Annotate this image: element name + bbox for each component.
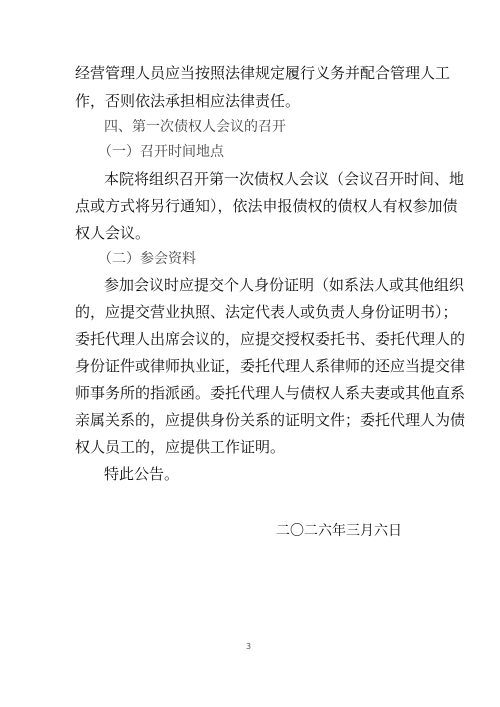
paragraph-line: 权人员工的，应提供工作证明。 xyxy=(75,438,285,456)
paragraph-line: 委托代理人出席会议的，应提交授权委托书、委托代理人的 xyxy=(75,330,465,348)
paragraph-line: 身份证件或律师执业证，委托代理人系律师的还应当提交律 xyxy=(75,357,465,375)
subsection-heading: （一）召开时间地点 xyxy=(98,143,224,161)
paragraph-line: 权人会议。 xyxy=(75,224,150,242)
paragraph-line: 本院将组织召开第一次债权人会议（会议召开时间、地 xyxy=(104,170,464,188)
subsection-heading: （二）参会资料 xyxy=(98,250,196,268)
paragraph-line: 亲属关系的，应提供身份关系的证明文件；委托代理人为债 xyxy=(75,411,465,429)
section-heading: 四、第一次债权人会议的召开 xyxy=(104,118,286,136)
paragraph-line: 师事务所的指派函。委托代理人与债权人系夫妻或其他直系 xyxy=(75,384,465,402)
paragraph-line: 点或方式将另行通知），依法申报债权的债权人有权参加债 xyxy=(75,197,458,215)
paragraph-line: 经营管理人员应当按照法律规定履行义务并配合管理人工 xyxy=(75,64,450,82)
paragraph-line: 作，否则依法承担相应法律责任。 xyxy=(75,92,300,110)
document-date: 二〇二六年三月六日 xyxy=(276,522,402,540)
paragraph-line: 参加会议时应提交个人身份证明（如系法人或其他组织 xyxy=(104,276,464,294)
paragraph-line: 的，应提交营业执照、法定代表人或负责人身份证明书）； xyxy=(75,303,458,321)
closing-line: 特此公告。 xyxy=(104,465,179,483)
page-number: 3 xyxy=(246,642,251,651)
